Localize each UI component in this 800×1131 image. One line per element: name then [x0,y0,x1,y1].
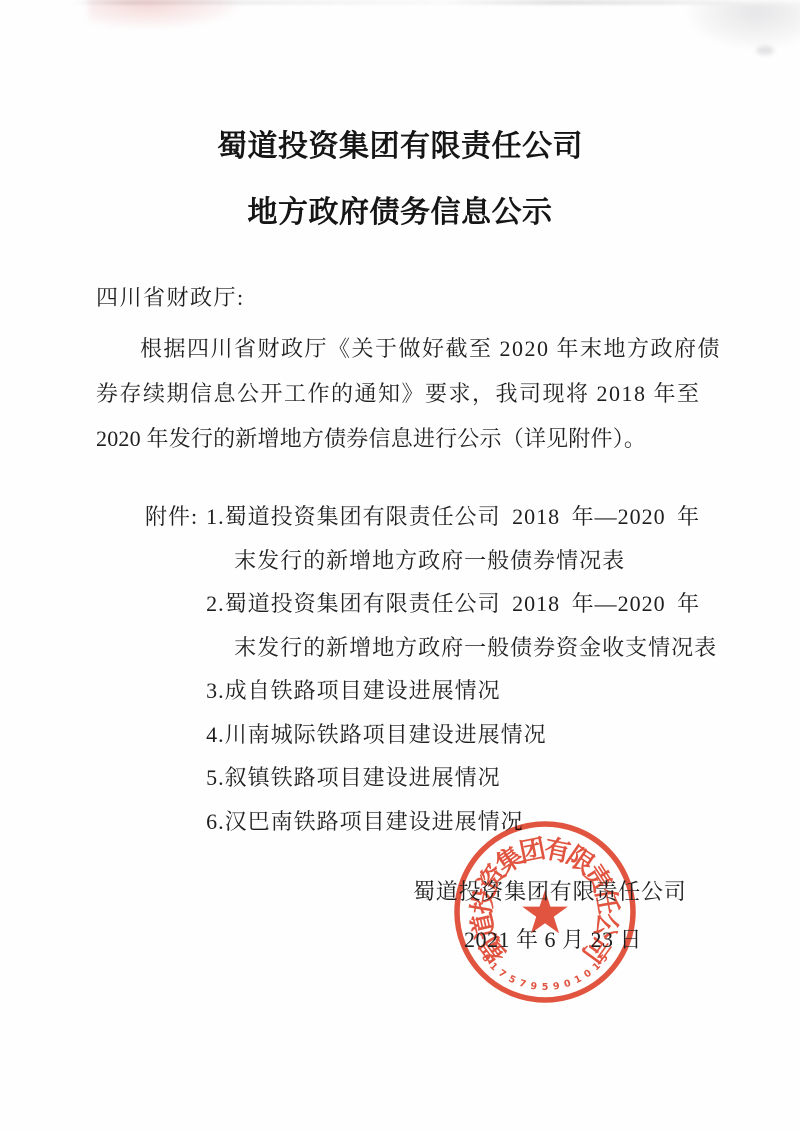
attachment-item: 1.蜀道投资集团有限责任公司 2018 年—2020 年 末发行的新增地方政府一… [206,495,720,582]
salutation: 四川省财政厅: [96,281,245,312]
body-paragraph: 根据四川省财政厅《关于做好截至 2020 年末地方政府债 券存续期信息公开工作的… [96,326,712,461]
attachment-line: 4.川南城际铁路项目建设进展情况 [234,713,720,757]
paragraph-line: 根据四川省财政厅《关于做好截至 2020 年末地方政府债 [96,326,712,371]
paragraph-line: 券存续期信息公开工作的通知》要求，我司现将 2018 年至 [96,371,712,416]
svg-text:1: 1 [573,973,584,986]
svg-text:0: 0 [582,967,594,980]
svg-text:0: 0 [563,978,573,991]
attachment-line: 3.成自铁路项目建设进展情况 [234,669,720,713]
svg-text:9: 9 [530,981,538,993]
signature-company: 蜀道投资集团有限责任公司 [413,875,687,906]
svg-text:9: 9 [552,981,560,993]
attachment-line: 1.蜀道投资集团有限责任公司 2018 年—2020 年 [234,495,720,539]
attachments-label: 附件: [145,495,198,539]
attachment-item: 3.成自铁路项目建设进展情况 [206,669,720,713]
document-title-line1: 蜀道投资集团有限责任公司 [0,121,800,165]
scan-artifact-gray-smudge [688,2,800,48]
attachment-line: 5.叙镇铁路项目建设进展情况 [234,756,720,800]
scan-artifact-pink-smudge [88,0,238,28]
attachment-item: 4.川南城际铁路项目建设进展情况 [206,713,720,757]
attachment-line: 2.蜀道投资集团有限责任公司 2018 年—2020 年 [234,582,720,626]
attachment-item: 5.叙镇铁路项目建设进展情况 [206,756,720,800]
svg-text:5: 5 [507,973,518,986]
scanned-document-page: 蜀道投资集团有限责任公司 地方政府债务信息公示 四川省财政厅: 根据四川省财政厅… [0,0,800,1131]
svg-text:7: 7 [518,978,528,990]
document-title-line2: 地方政府债务信息公示 [0,187,800,231]
scan-artifact-mark [756,46,774,55]
company-seal: 蜀道投资集团有限责任公司 5101095975718 [449,816,641,1008]
paragraph-line: 2020 年发行的新增地方债券信息进行公示（详见附件）。 [96,416,712,461]
attachments-list: 附件: 1.蜀道投资集团有限责任公司 2018 年—2020 年 末发行的新增地… [145,495,720,843]
signature-date: 2021 年 6 月 23 日 [464,923,642,954]
attachment-item: 2.蜀道投资集团有限责任公司 2018 年—2020 年 末发行的新增地方政府一… [206,582,720,669]
svg-text:7: 7 [496,968,508,981]
attachment-line: 末发行的新增地方政府一般债券资金收支情况表 [234,626,720,670]
attachment-line: 末发行的新增地方政府一般债券情况表 [234,539,720,583]
svg-text:5: 5 [542,982,549,993]
